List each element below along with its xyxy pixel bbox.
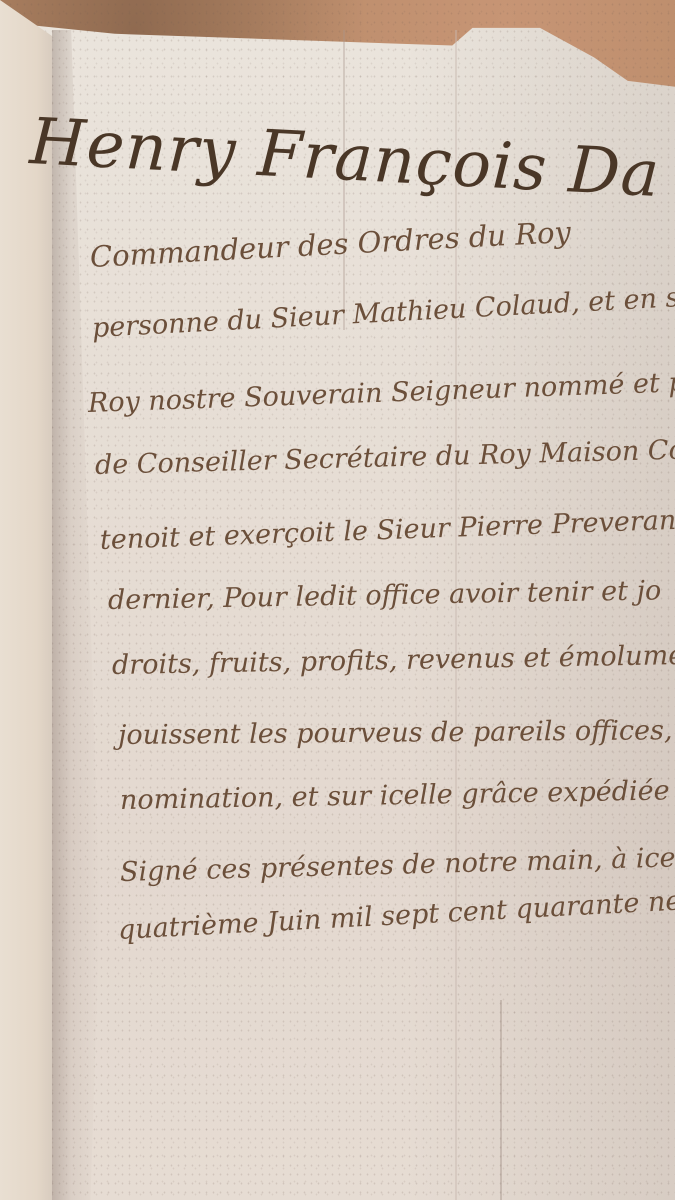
fold-crease xyxy=(500,1000,502,1200)
text-line: jouissent les pourveus de pareils office… xyxy=(118,714,675,751)
fold-crease xyxy=(455,30,457,1200)
folded-left-flap xyxy=(0,0,52,1200)
